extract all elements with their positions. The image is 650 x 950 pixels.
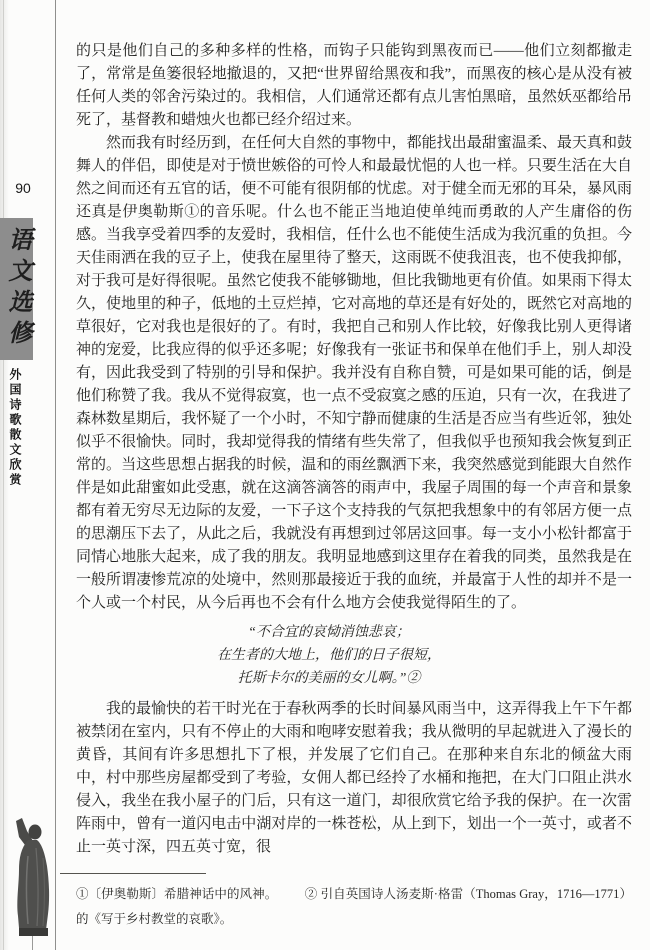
classical-statue-illustration [6, 818, 58, 938]
body-paragraph-1: 的只是他们自己的多种多样的性格，而钩子只能钩到黑夜而已——他们立刻都撤走了，常常… [76, 40, 632, 132]
footnote-separator-line [60, 873, 206, 874]
book-page: 90 语文选修 外国诗歌散文欣赏 的只是他们自己的多种多样的性格，而钩子只能钩到… [0, 0, 650, 950]
page-number: 90 [0, 180, 46, 196]
quoted-poem: “不合宜的哀恸消蚀悲哀； 在生者的大地上，他们的日子很短， 托斯卡尔的美丽的女儿… [76, 621, 582, 690]
poem-line-2: 在生者的大地上，他们的日子很短， [76, 644, 582, 667]
footnote-1: ①〔伊奥勒斯〕希腊神话中的风神。 [76, 887, 277, 901]
body-paragraph-2: 然而我有时经历到，在任何大自然的事物中，都能找出最甜蜜温柔、最天真和鼓舞人的伴侣… [76, 132, 632, 615]
body-paragraph-3: 我的最愉快的若干时光在于春秋两季的长时间暴风雨当中，这弄得我上午下午都被禁闭在室… [76, 698, 632, 859]
series-title-vertical: 语文选修 [0, 227, 33, 351]
series-title-box: 语文选修 [0, 218, 33, 360]
article-text-block: 的只是他们自己的多种多样的性格，而钩子只能钩到黑夜而已——他们立刻都撤走了，常常… [76, 40, 632, 932]
sidebar-divider-line [55, 0, 56, 950]
poem-line-1: “不合宜的哀恸消蚀悲哀； [76, 621, 582, 644]
poem-line-3: 托斯卡尔的美丽的女儿啊。”② [76, 667, 582, 690]
subject-title-vertical: 外国诗歌散文欣赏 [7, 368, 24, 488]
statue-base-tick [32, 936, 33, 950]
page-left-edge-line [3, 0, 4, 950]
footnotes-block: ①〔伊奥勒斯〕希腊神话中的风神。② 引自英国诗人汤麦斯·格雷（Thomas Gr… [76, 882, 632, 932]
